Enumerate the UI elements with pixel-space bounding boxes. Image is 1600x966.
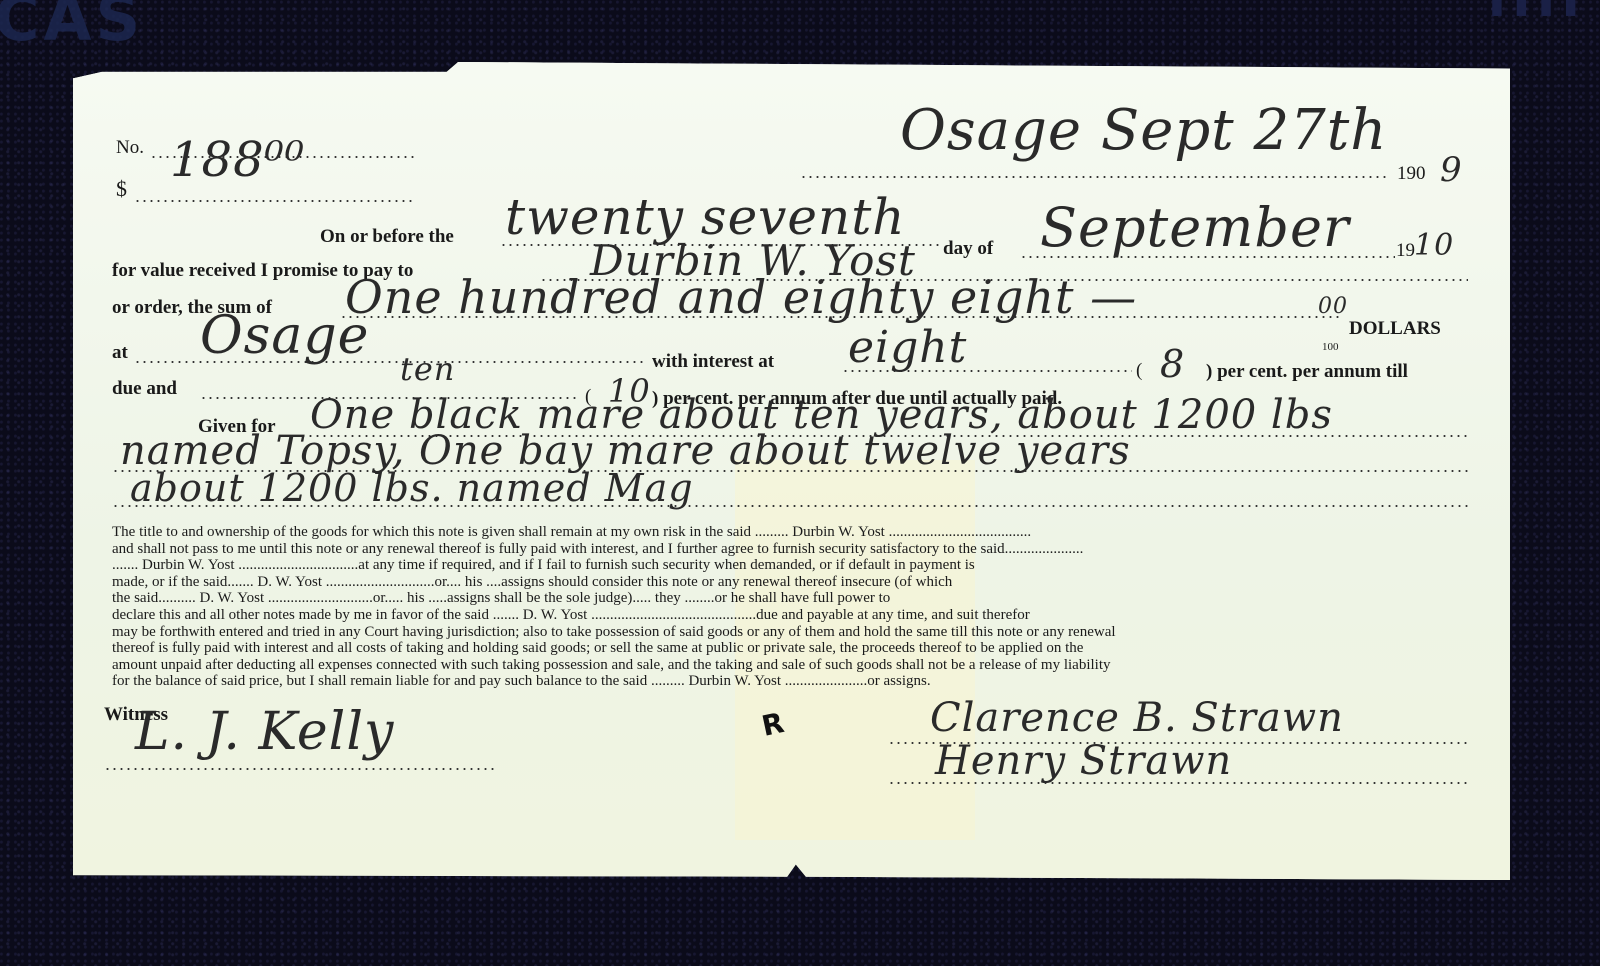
terms-paragraph: The title to and ownership of the goods …: [112, 524, 1472, 690]
witness-signature: L. J. Kelly: [135, 702, 394, 762]
maker-signature-1: Clarence B. Strawn: [930, 695, 1344, 741]
hundred-label: 100: [1322, 341, 1339, 353]
terms-line: amount unpaid after deducting all expens…: [112, 657, 1472, 674]
terms-line: ....... Durbin W. Yost .................…: [112, 557, 1472, 574]
terms-line: the said.......... D. W. Yost ..........…: [112, 590, 1472, 607]
place-date: Osage Sept 27th: [900, 98, 1387, 163]
terms-line: for the balance of said price, but I sha…: [112, 673, 1472, 690]
dollar-label: $: [116, 176, 127, 202]
background-text-right: IIII: [1488, 0, 1586, 28]
terms-line: may be forthwith entered and tried in an…: [112, 624, 1472, 641]
interest-number: 8: [1160, 342, 1185, 386]
interest-words: eight: [848, 322, 967, 373]
terms-line: thereof is fully paid with interest and …: [112, 640, 1472, 657]
terms-line: made, or if the said....... D. W. Yost .…: [112, 574, 1472, 591]
terms-line: The title to and ownership of the goods …: [112, 524, 1472, 541]
amount-figure: 188⁰⁰: [170, 132, 305, 188]
on-or-before-label: On or before the: [320, 226, 454, 248]
due-year-printed: 19: [1396, 240, 1415, 262]
due-year-written: 10: [1414, 228, 1454, 263]
after-due-words: ten: [400, 350, 455, 388]
day-of-label: day of: [943, 238, 993, 260]
given-for-text-3: about 1200 lbs. named Mag: [130, 466, 694, 510]
place-date-line: [800, 176, 1390, 178]
background-text-left: CAS: [0, 0, 144, 55]
year-printed: 190: [1397, 163, 1426, 185]
interest-label: with interest at: [652, 351, 774, 373]
interest-suffix: ) per cent. per annum till: [1206, 361, 1408, 383]
dollars-label: DOLLARS: [1349, 318, 1441, 340]
amount-line: [134, 200, 414, 202]
place-value: Osage: [200, 306, 369, 366]
sum-words: One hundred and eighty eight —: [345, 270, 1137, 324]
maker-signature-2: Henry Strawn: [935, 738, 1232, 784]
witness-line: [104, 768, 494, 770]
year-written: 9: [1440, 150, 1463, 190]
due-and-label: due and: [112, 378, 177, 400]
interest-open-paren: (: [1136, 360, 1142, 382]
terms-line: declare this and all other notes made by…: [112, 607, 1472, 624]
terms-line: and shall not pass to me until this note…: [112, 541, 1472, 558]
due-month: September: [1040, 196, 1350, 259]
at-label: at: [112, 342, 128, 364]
sum-cents: 00: [1318, 294, 1348, 319]
number-label: No.: [116, 137, 144, 159]
